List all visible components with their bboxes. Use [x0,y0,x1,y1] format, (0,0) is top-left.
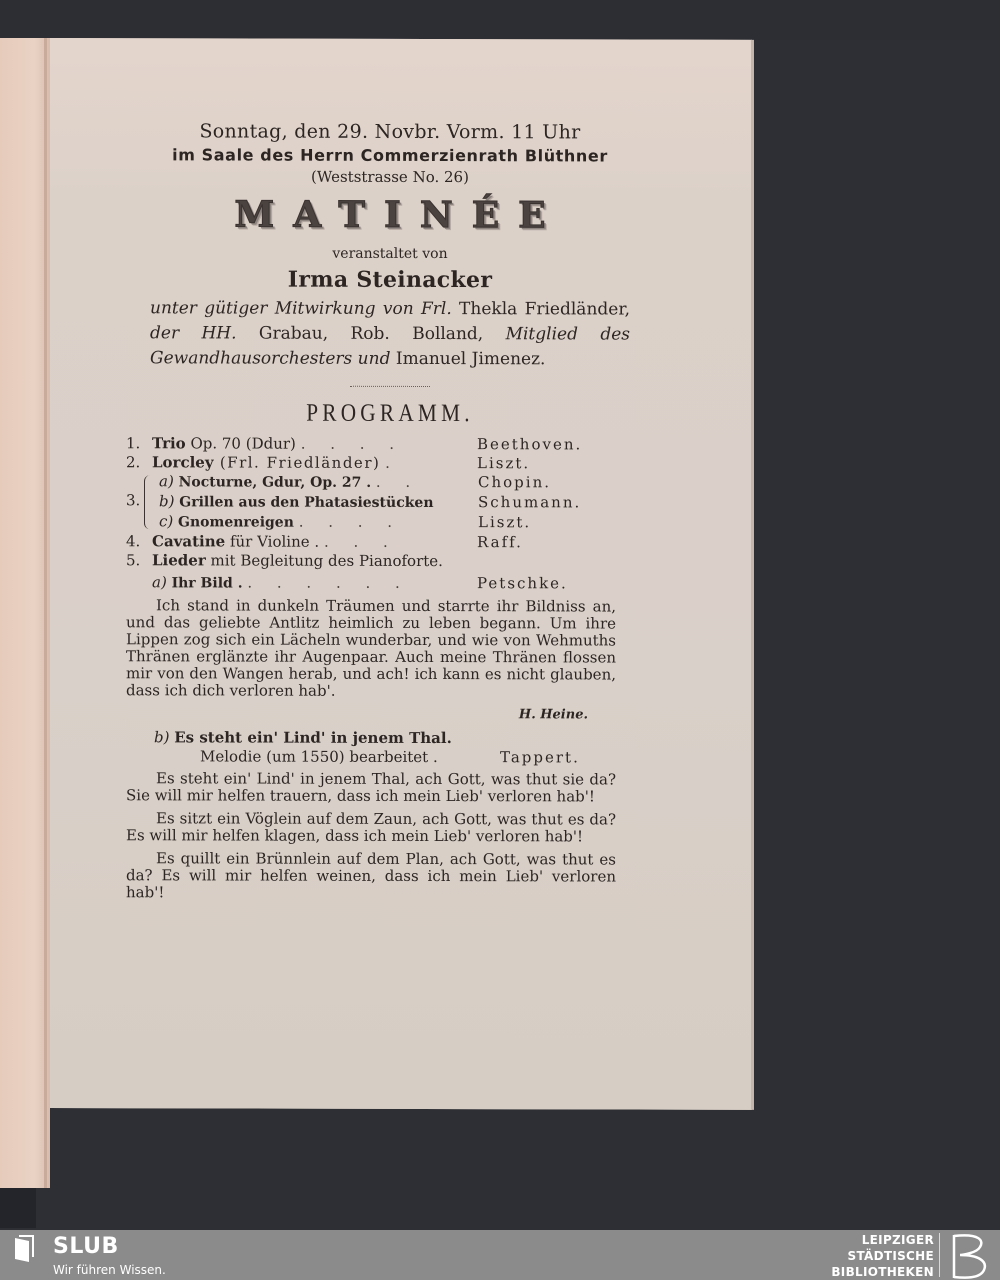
item-title-rest: mit Begleitung des Pianoforte. [206,551,443,570]
sub-title: Grillen aus den Phatasiestücken [179,494,433,511]
song-b-heading: b) Es steht ein' Lind' in jenem Thal. Me… [150,728,630,767]
sub-label: a) [159,472,174,490]
program-item-group: 3. a) Nocturne, Gdur, Op. 27 . . . Chopi… [126,472,606,533]
leader-dots: . . [376,473,420,491]
sub-label: a) [152,573,167,591]
item-title: Trio Op. 70 (Ddur) . . . . [152,434,477,454]
item-composer: Chopin. [478,473,606,492]
program-subitem: b) Grillen aus den Phatasiestücken Schum… [159,492,606,513]
program-item: 5. Lieder mit Begleitung des Pianoforte. [126,551,606,571]
item-title-rest: (Frl. Friedländer) [214,453,381,471]
item-title: Lieder mit Begleitung des Pianoforte. [152,551,443,571]
leader-dots: . . . . [301,435,404,453]
credits-text: Grabau, Rob. Bolland, [259,324,483,345]
page-fold [44,38,47,1188]
item-composer: Raff. [477,533,606,552]
organizer-intro: veranstaltet von [150,242,630,265]
date-line: Sonntag, den 29. Novbr. Vorm. 11 Uhr [150,118,630,145]
lsb-b-icon [950,1233,990,1280]
lsb-line: LEIPZIGER [831,1232,934,1248]
item-composer: Beethoven. [477,435,606,454]
credits-text: unter gütiger Mitwirkung von Frl. [150,298,452,319]
program-item: 2. Lorcley (Frl. Friedländer) . Liszt. [126,453,606,473]
song-a-title: Ihr Bild . [172,575,243,591]
lsb-line: BIBLIOTHEKEN [831,1264,934,1280]
item-title: Lorcley (Frl. Friedländer) . [152,453,477,473]
credits-text: der HH. [150,323,237,343]
program-subitem: c) Gnomenreigen . . . . Liszt. [159,512,606,533]
facing-page-edge [0,38,50,1188]
item-title-rest: Op. 70 (Ddur) [186,434,296,452]
brace-icon [144,475,155,529]
song-b-lyrics: Es steht ein' Lind' in jenem Thal, ach G… [126,770,616,902]
melody-note: Melodie (um 1550) bearbeitet . [200,747,500,767]
item-number: 5. [126,551,152,570]
sub-label: b) [154,728,169,746]
lyrics-paragraph: Ich stand in dunkeln Träumen und starrte… [126,597,616,700]
item-title-bold: Lorcley [152,453,214,471]
scan-backdrop-top [0,0,1000,40]
credits-paragraph: unter gütiger Mitwirkung von Frl. Thekla… [150,296,630,372]
item-title: a) Nocturne, Gdur, Op. 27 . . . [159,472,478,493]
item-number: 4. [126,532,152,551]
item-title: Cavatine für Violine . . . . [152,532,477,552]
sub-title: Nocturne, Gdur, Op. 27 . [179,474,372,491]
item-composer: Schumann. [478,493,606,512]
song-a-lyrics: Ich stand in dunkeln Träumen und starrte… [126,597,616,723]
footer-separator [939,1233,940,1277]
song-b-title: Es steht ein' Lind' in jenem Thal. [174,728,452,747]
item-number: 3. [126,472,144,532]
concert-programme: Sonntag, den 29. Novbr. Vorm. 11 Uhr im … [150,118,630,908]
leader-dots: . . . [324,533,398,551]
address-line: (Weststrasse No. 26) [150,166,630,187]
slub-tagline: Wir führen Wissen. [53,1263,166,1277]
item-composer: Liszt. [477,454,606,473]
viewer-footer: SLUB Wir führen Wissen. LEIPZIGER STÄDTI… [0,1230,1000,1280]
sub-label: c) [159,512,173,530]
credits-text: Imanuel Jimenez. [396,349,546,369]
ornamental-divider [350,384,430,387]
lyrics-stanza: Es steht ein' Lind' in jenem Thal, ach G… [126,770,616,805]
sub-label: b) [159,492,174,510]
program-list: 1. Trio Op. 70 (Ddur) . . . . Beethoven.… [126,434,606,594]
lsb-line: STÄDTISCHE [831,1248,934,1264]
item-title-rest: für Violine . [225,532,319,550]
item-number: 2. [126,453,152,472]
item-title-bold: Lieder [152,551,206,569]
slub-book-icon [14,1235,40,1263]
scanned-page: Sonntag, den 29. Novbr. Vorm. 11 Uhr im … [50,38,752,1110]
item-title-bold: Trio [152,434,186,452]
venue-line: im Saale des Herrn Commerzienrath Blüthn… [120,144,660,167]
document-title: MATINÉE [150,188,630,241]
program-item: 4. Cavatine für Violine . . . . Raff. [126,532,606,552]
item-title-bold: Cavatine [152,532,225,550]
lyrics-stanza: Es sitzt ein Vöglein auf dem Zaun, ach G… [126,810,616,845]
program-item: 1. Trio Op. 70 (Ddur) . . . . Beethoven. [126,434,606,454]
slub-name: SLUB [53,1234,119,1259]
program-heading: PROGRAMM. [186,396,594,431]
leader-dots: . . . . [299,513,402,531]
lsb-name: LEIPZIGER STÄDTISCHE BIBLIOTHEKEN [831,1232,934,1280]
lyrics-stanza: Es quillt ein Brünnlein auf dem Plan, ac… [126,850,616,902]
song-title: a) Ihr Bild . . . . . . . [152,573,477,594]
item-number: 1. [126,434,152,453]
leader-dots: . . . . . . [247,574,409,592]
credits-text: Thekla Friedländer, [459,299,630,319]
leader-dots: . [385,454,400,472]
lyrics-author: H. Heine. [126,705,616,723]
program-subitem: a) Nocturne, Gdur, Op. 27 . . . Chopin. [159,472,606,493]
item-title: c) Gnomenreigen . . . . [159,512,478,533]
scan-backdrop-corner [0,1188,36,1228]
sub-title: Gnomenreigen [178,514,294,530]
item-composer: Tappert. [500,748,580,767]
item-composer: Petschke. [477,574,606,593]
item-composer: Liszt. [478,513,606,532]
page-edge [751,40,754,1110]
song-a-heading: a) Ihr Bild . . . . . . . Petschke. [126,573,606,594]
item-title: b) Grillen aus den Phatasiestücken [159,492,478,513]
performer-name: Irma Steinacker [150,264,630,295]
